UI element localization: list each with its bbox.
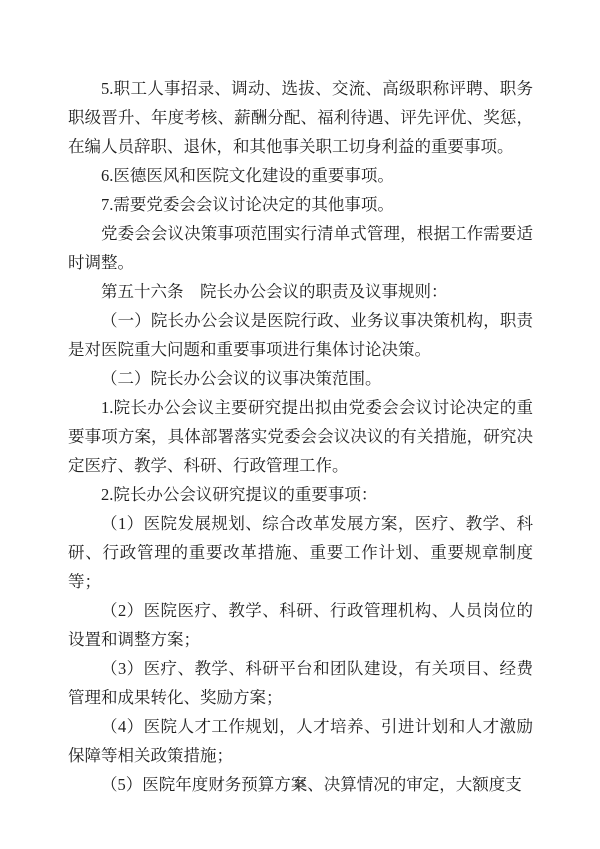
paragraph: 6.医德医风和医院文化建设的重要事项。 [68, 161, 533, 190]
paragraph: 2.院长办公会议研究提议的重要事项： [68, 480, 533, 509]
paragraph: （4）医院人才工作规划，人才培养、引进计划和人才激励保障等相关政策措施； [68, 712, 533, 770]
paragraph: 党委会会议决策事项范围实行清单式管理，根据工作需要适时调整。 [68, 219, 533, 277]
text-block: 5.职工人事招录、调动、选拔、交流、高级职称评聘、职务职级晋升、年度考核、薪酬分… [68, 74, 533, 799]
page-number: 21 [0, 777, 600, 789]
paragraph: （一）院长办公会议是医院行政、业务议事决策机构，职责是对医院重大问题和重要事项进… [68, 306, 533, 364]
paragraph: 7.需要党委会会议讨论决定的其他事项。 [68, 190, 533, 219]
paragraph-article-heading: 第五十六条 院长办公会议的职责及议事规则： [68, 277, 533, 306]
paragraph: （3）医疗、教学、科研平台和团队建设，有关项目、经费管理和成果转化、奖励方案； [68, 654, 533, 712]
paragraph: （二）院长办公会议的议事决策范围。 [68, 364, 533, 393]
paragraph: （2）医院医疗、教学、科研、行政管理机构、人员岗位的设置和调整方案； [68, 596, 533, 654]
document-page: 5.职工人事招录、调动、选拔、交流、高级职称评聘、职务职级晋升、年度考核、薪酬分… [0, 0, 600, 849]
paragraph: （1）医院发展规划、综合改革发展方案，医疗、教学、科研、行政管理的重要改革措施、… [68, 509, 533, 596]
paragraph: 1.院长办公会议主要研究提出拟由党委会会议讨论决定的重要事项方案，具体部署落实党… [68, 393, 533, 480]
paragraph: 5.职工人事招录、调动、选拔、交流、高级职称评聘、职务职级晋升、年度考核、薪酬分… [68, 74, 533, 161]
